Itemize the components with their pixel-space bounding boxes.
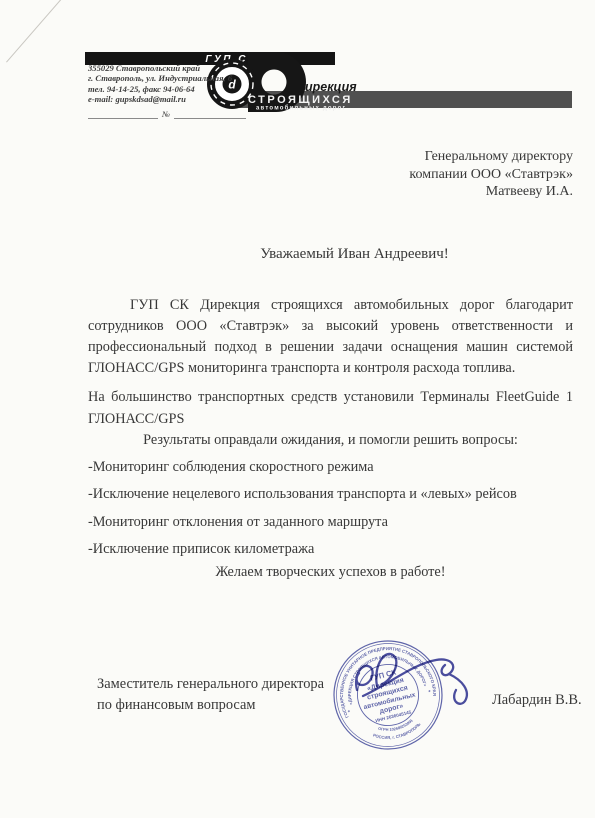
list-item: -Исключение приписок километража	[88, 541, 588, 558]
letterhead-address: 355029 Ставропольский край г. Ставрополь…	[88, 63, 248, 105]
ref-number-line: №	[88, 108, 246, 119]
paragraph-line: На большинство транспортных средств уста…	[88, 386, 573, 408]
logo-line3-label: автомобильных дорог	[256, 105, 346, 112]
number-blank-rule	[174, 108, 246, 119]
date-blank-rule	[88, 108, 158, 119]
paragraph-2: На большинство транспортных средств уста…	[88, 386, 573, 430]
results-heading: Результаты оправдали ожидания, и помогли…	[88, 432, 573, 449]
paragraph-line: сотрудников ООО «Ставтрэк» за высокий ур…	[88, 316, 573, 337]
address-line: 355029 Ставропольский край	[88, 63, 248, 73]
address-line: тел. 94-14-25, факс 94-06-64	[88, 84, 248, 94]
recipient-line: Генеральному директору	[409, 148, 573, 166]
list-item: -Мониторинг отклонения от заданного марш…	[88, 514, 588, 531]
logo-line2-label: СТРОЯЩИХСЯ	[248, 94, 353, 106]
paragraph-line: ГЛОНАСС/GPS мониторинга транспорта и кон…	[88, 358, 573, 379]
list-item: -Исключение нецелевого использования тра…	[88, 486, 588, 503]
letter-page: ГУП СК d ирекция СТРОЯЩИХСЯ автомобильны…	[0, 0, 595, 818]
handwritten-signature	[345, 638, 505, 723]
signer-title-line: по финансовым вопросам	[97, 695, 324, 716]
address-line: г. Ставрополь, ул. Индустриальная, 6	[88, 73, 248, 83]
closing-line: Желаем творческих успехов в работе!	[88, 564, 573, 581]
paragraph-line: ГЛОНАСС/GPS	[88, 408, 573, 430]
signer-title-line: Заместитель генерального директора	[97, 674, 324, 695]
signer-title: Заместитель генерального директора по фи…	[97, 674, 324, 715]
logo-name-label: ирекция	[305, 80, 357, 94]
recipient-block: Генеральному директору компании ООО «Ста…	[409, 148, 573, 201]
scan-artifact-line	[6, 0, 62, 63]
list-item: -Мониторинг соблюдения скоростного режим…	[88, 459, 588, 476]
recipient-line: Матвееву И.А.	[409, 183, 573, 201]
recipient-line: компании ООО «Ставтрэк»	[409, 166, 573, 184]
address-line: e-mail: gupskdsad@mail.ru	[88, 94, 248, 104]
signer-name: Лабардин В.В.	[492, 692, 582, 709]
salutation: Уважаемый Иван Андреевич!	[88, 246, 573, 263]
paragraph-line: ГУП СК Дирекция строящихся автомобильных…	[88, 295, 573, 316]
paragraph-line: профессиональный подход в решении задачи…	[88, 337, 573, 358]
number-symbol: №	[158, 109, 174, 119]
paragraph-1: ГУП СК Дирекция строящихся автомобильных…	[88, 295, 573, 379]
